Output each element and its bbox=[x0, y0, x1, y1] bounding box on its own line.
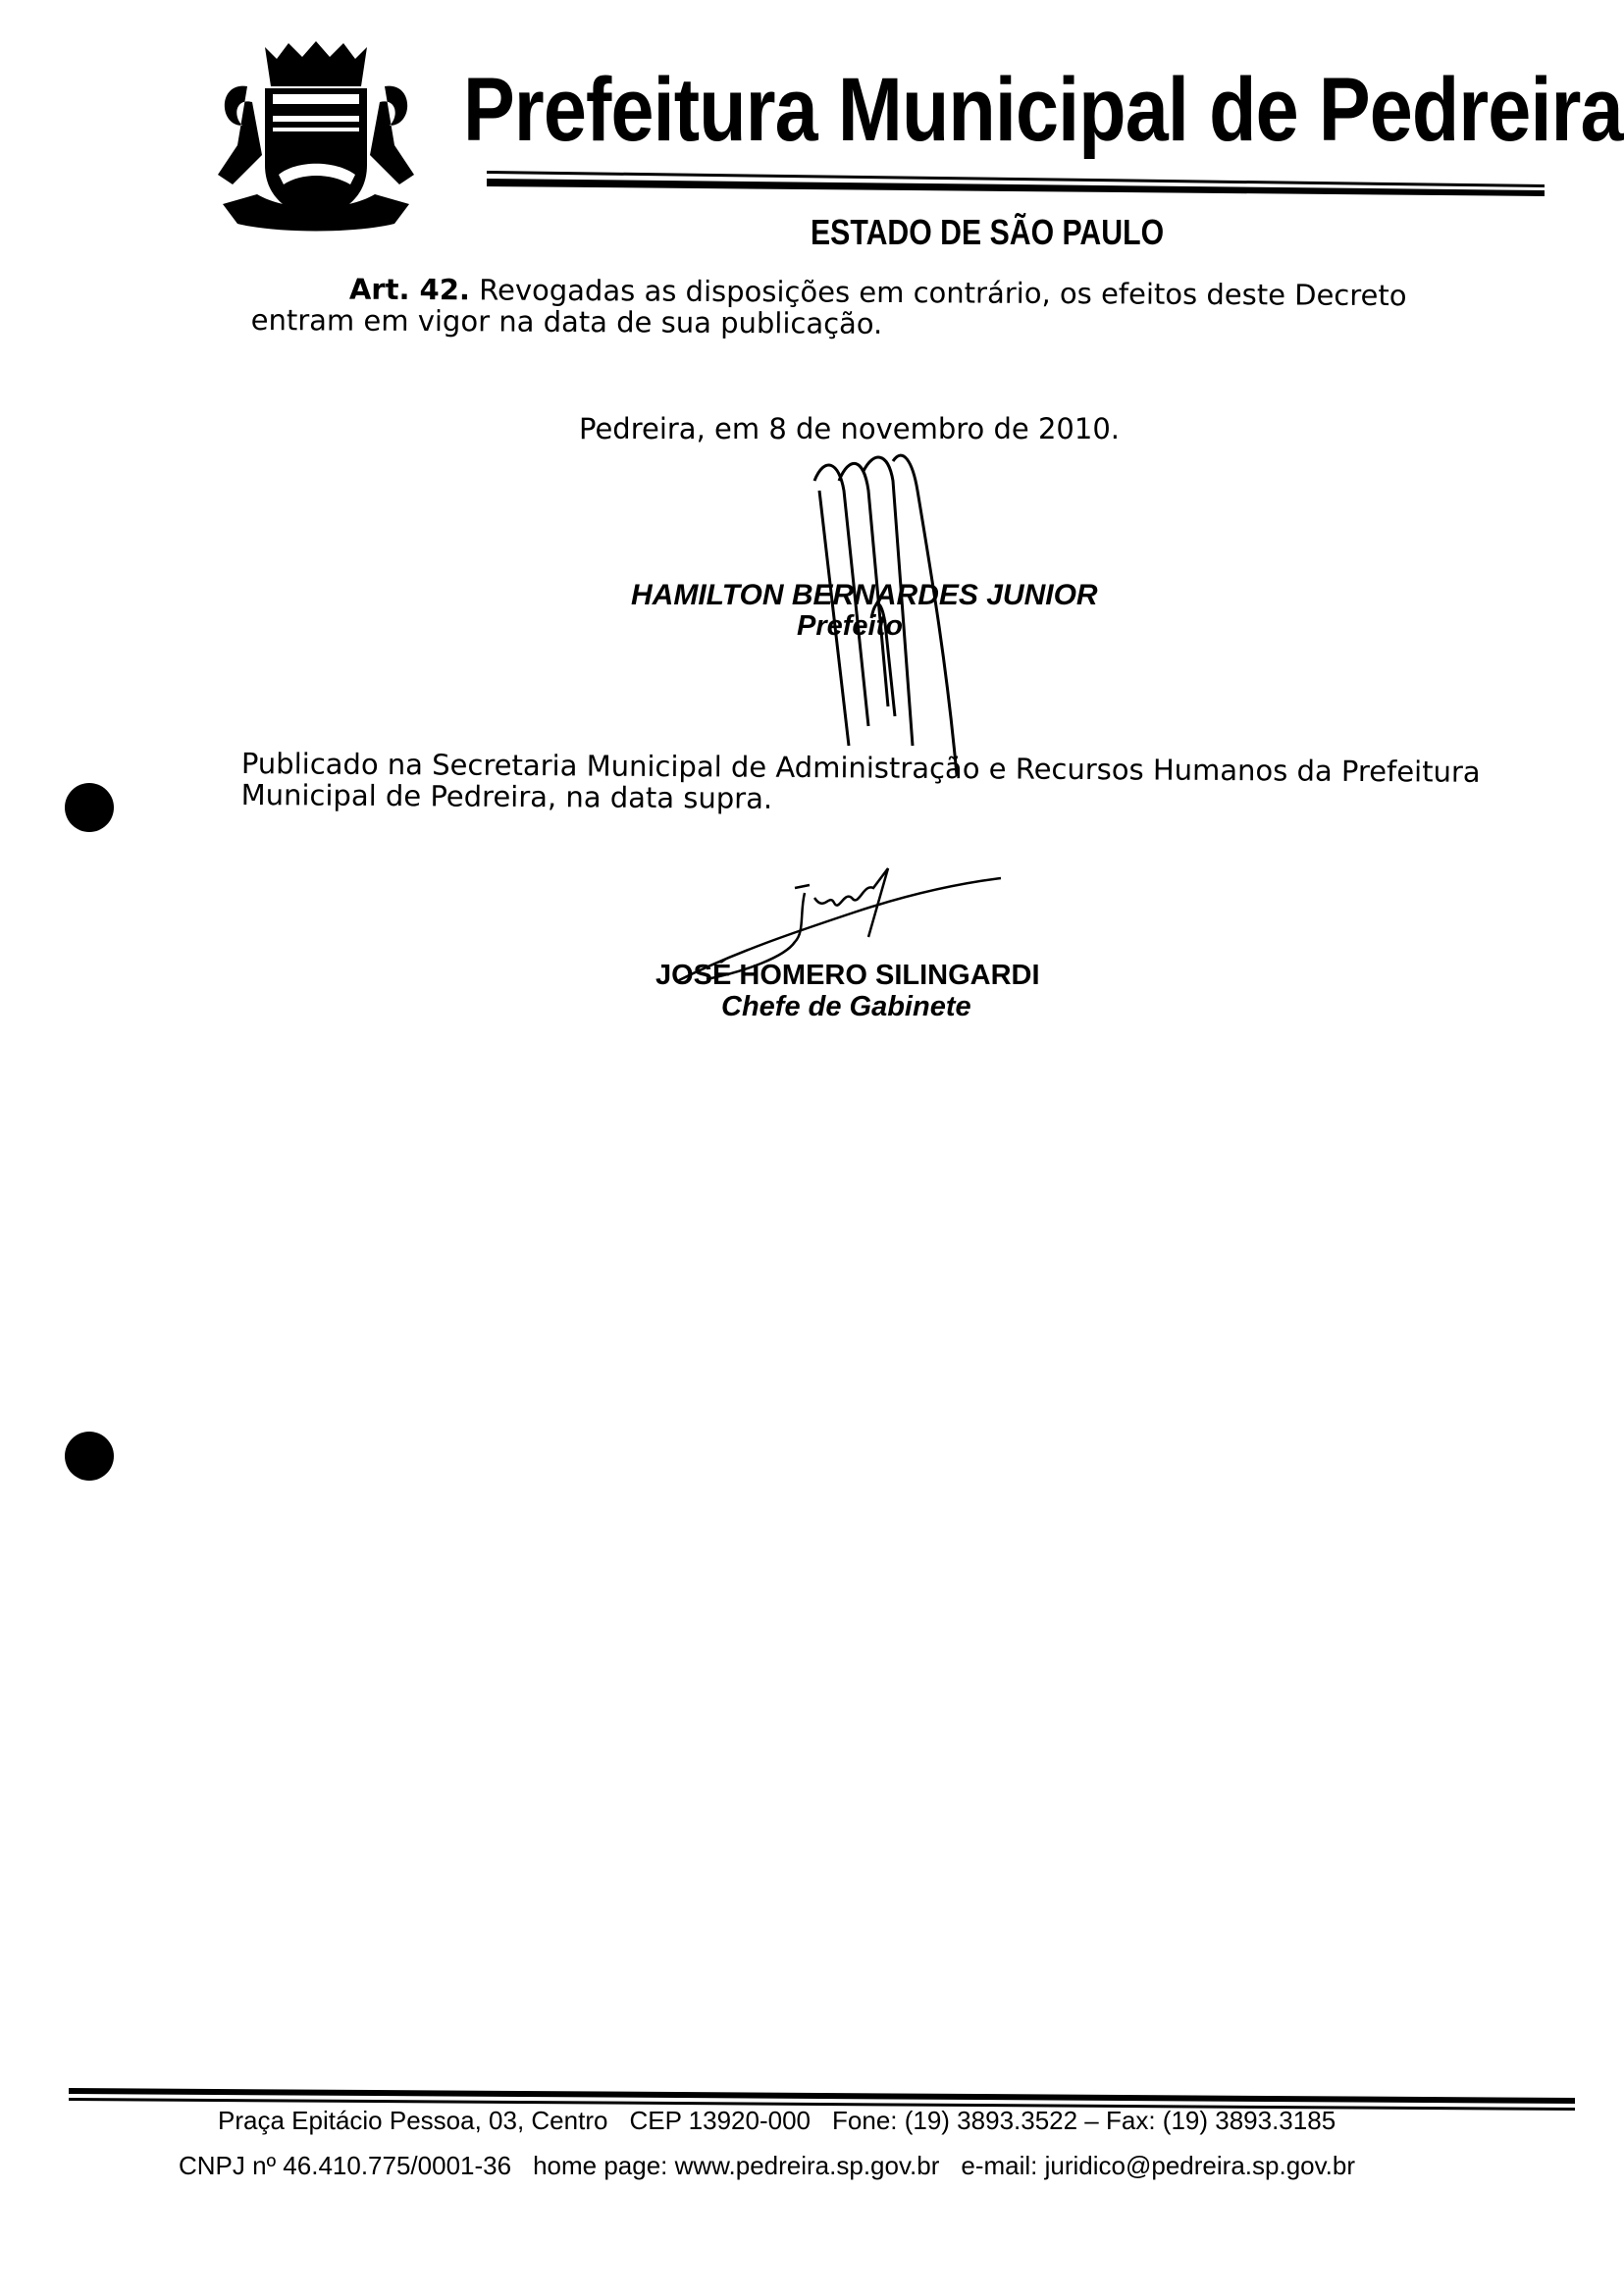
footer-address-line: Praça Epitácio Pessoa, 03, CentroCEP 139… bbox=[218, 2106, 1357, 2136]
header-rule bbox=[487, 167, 1545, 196]
article-label: Art. 42. bbox=[349, 273, 470, 307]
footer-homepage: home page: www.pedreira.sp.gov.br bbox=[533, 2151, 939, 2180]
state-subtitle: ESTADO DE SÃO PAULO bbox=[811, 212, 1164, 253]
signatory1-name: HAMILTON BERNARDES JUNIOR bbox=[631, 579, 1098, 612]
footer-contact-line: CNPJ nº 46.410.775/0001-36home page: www… bbox=[179, 2151, 1377, 2181]
publication-paragraph: Publicado na Secretaria Municipal de Adm… bbox=[241, 748, 1481, 819]
date-line: Pedreira, em 8 de novembro de 2010. bbox=[579, 412, 1120, 445]
coat-of-arms-icon bbox=[208, 37, 424, 234]
footer-cep: CEP 13920-000 bbox=[629, 2106, 811, 2135]
footer-phone-fax: Fone: (19) 3893.3522 – Fax: (19) 3893.31… bbox=[832, 2106, 1336, 2135]
signatory2-name: JOSÉ HOMERO SILINGARDI bbox=[655, 960, 1040, 992]
signatory2-role: Chefe de Gabinete bbox=[721, 991, 971, 1023]
footer-address: Praça Epitácio Pessoa, 03, Centro bbox=[218, 2106, 607, 2135]
article-paragraph: Art. 42. Revogadas as disposições em con… bbox=[251, 273, 1407, 342]
punch-hole-top bbox=[65, 783, 114, 832]
page-title: Prefeitura Municipal de Pedreira bbox=[463, 65, 1623, 155]
footer-cnpj: CNPJ nº 46.410.775/0001-36 bbox=[179, 2151, 511, 2180]
footer-email: e-mail: juridico@pedreira.sp.gov.br bbox=[961, 2151, 1355, 2180]
punch-hole-bottom bbox=[65, 1432, 114, 1481]
signatory1-role: Prefeito bbox=[797, 610, 903, 643]
